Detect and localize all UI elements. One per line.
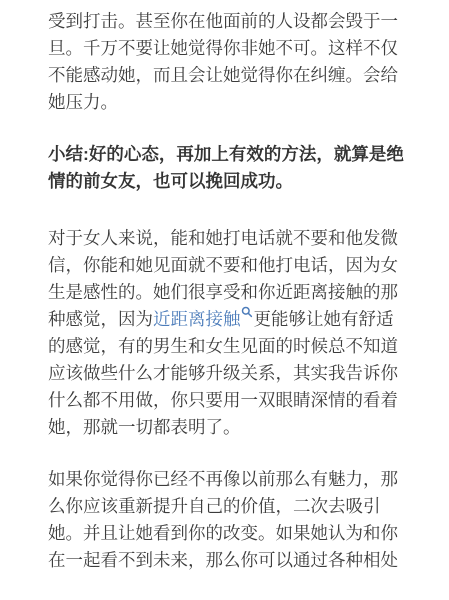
paragraph-mindset: 受到打击。甚至你在他面前的人设都会毁于一旦。千万不要让她觉得你非她不可。这样不仅… (48, 8, 408, 116)
paragraph-value: 如果你觉得你已经不再像以前那么有魅力，那么你应该重新提升自己的价值，二次去吸引她… (48, 466, 408, 574)
article-page: 受到打击。甚至你在他面前的人设都会毁于一旦。千万不要让她觉得你非她不可。这样不仅… (0, 0, 449, 574)
search-icon (241, 306, 253, 333)
summary-paragraph: 小结:好的心态，再加上有效的方法，就算是绝情的前女友，也可以挽回成功。 (48, 141, 408, 195)
paragraph-contact: 对于女人来说，能和她打电话就不要和他发微信，你能和她见面就不要和他打电话，因为女… (48, 225, 408, 441)
entity-link-text: 近距离接触 (153, 309, 241, 329)
entity-link[interactable]: 近距离接触 (153, 309, 254, 329)
